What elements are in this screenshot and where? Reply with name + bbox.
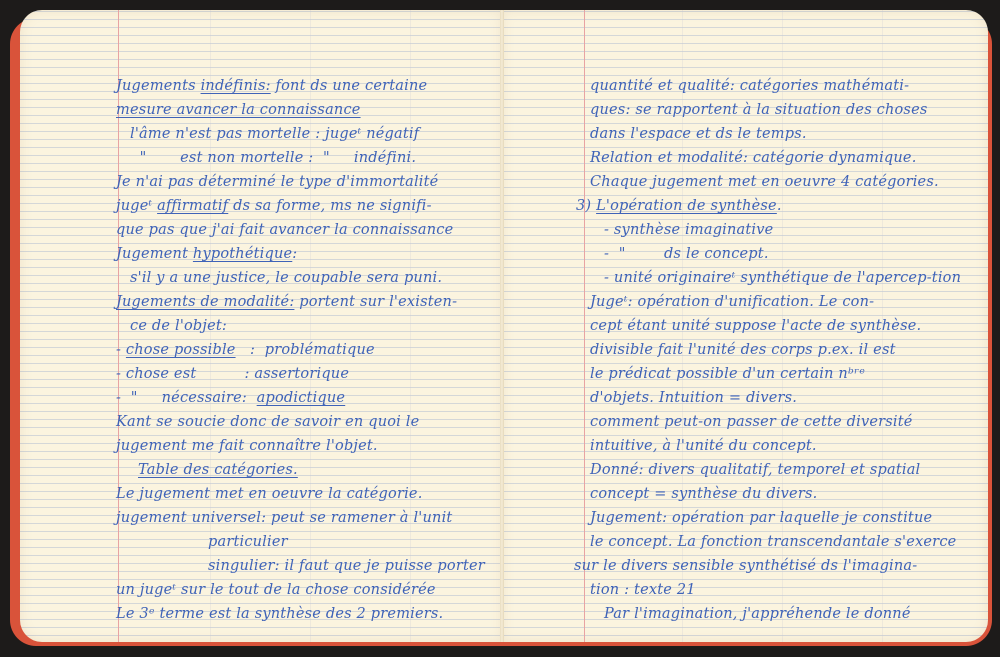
handwritten-line: le prédicat possible d'un certain nᵇʳᵉ: [590, 362, 982, 386]
handwritten-line: Chaque jugement met en oeuvre 4 catégori…: [590, 170, 982, 194]
section-heading: 3) L'opération de synthèse.: [576, 194, 982, 218]
handwritten-line: ques: se rapportent à la situation des c…: [590, 98, 982, 122]
handwritten-line: " est non mortelle : " indéfini.: [116, 146, 496, 170]
handwritten-line: - " ds le concept.: [590, 242, 982, 266]
handwritten-line: concept = synthèse du divers.: [590, 482, 982, 506]
handwritten-line: divisible fait l'unité des corps p.ex. i…: [590, 338, 982, 362]
handwritten-line: comment peut-on passer de cette diversit…: [590, 410, 982, 434]
handwritten-line: Je n'ai pas déterminé le type d'immortal…: [116, 170, 496, 194]
handwritten-line: l'âme n'est pas mortelle : jugeᵗ négatif: [116, 122, 496, 146]
open-notebook: Jugements indéfinis: font ds une certain…: [20, 10, 990, 642]
handwritten-line: jugement me fait connaître l'objet.: [116, 434, 496, 458]
handwritten-line: cept étant unité suppose l'acte de synth…: [590, 314, 982, 338]
handwritten-line: - chose est : assertorique: [116, 362, 496, 386]
handwritten-line: sur le divers sensible synthétisé ds l'i…: [574, 554, 982, 578]
handwritten-line: tion : texte 21: [590, 578, 982, 602]
notebook-spine: [500, 10, 504, 642]
handwritten-line: quantité et qualité: catégories mathémat…: [590, 74, 982, 98]
handwritten-line: - synthèse imaginative: [590, 218, 982, 242]
handwritten-line: Jugement: opération par laquelle je cons…: [590, 506, 982, 530]
handwritten-line: que pas que j'ai fait avancer la connais…: [116, 218, 496, 242]
handwritten-line: Le jugement met en oeuvre la catégorie.: [116, 482, 496, 506]
handwritten-line: Le 3ᵉ terme est la synthèse des 2 premie…: [116, 602, 496, 626]
right-page: quantité et qualité: catégories mathémat…: [502, 10, 988, 642]
section-heading: Table des catégories.: [116, 458, 496, 482]
handwritten-line: dans l'espace et ds le temps.: [590, 122, 982, 146]
handwritten-line: Donné: divers qualitatif, temporel et sp…: [590, 458, 982, 482]
handwritten-line: Kant se soucie donc de savoir en quoi le: [116, 410, 496, 434]
handwritten-line: s'il y a une justice, le coupable sera p…: [116, 266, 496, 290]
handwritten-line: le concept. La fonction transcendantale …: [590, 530, 982, 554]
margin-line: [584, 10, 585, 642]
handwritten-line: Jugements de modalité: portent sur l'exi…: [116, 290, 496, 314]
handwritten-line: jugement universel: peut se ramener à l'…: [116, 506, 496, 530]
right-page-text: quantité et qualité: catégories mathémat…: [590, 74, 982, 626]
handwritten-line: Par l'imagination, j'appréhende le donné: [590, 602, 982, 626]
handwritten-line: Jugements indéfinis: font ds une certain…: [116, 74, 496, 98]
left-page-text: Jugements indéfinis: font ds une certain…: [116, 74, 496, 626]
handwritten-line: Relation et modalité: catégorie dynamiqu…: [590, 146, 982, 170]
handwritten-line: mesure avancer la connaissance: [116, 98, 496, 122]
handwritten-line: singulier: il faut que je puisse porter: [116, 554, 496, 578]
handwritten-line: jugeᵗ affirmatif ds sa forme, ms ne sign…: [116, 194, 496, 218]
handwritten-line: ce de l'objet:: [116, 314, 496, 338]
handwritten-line: intuitive, à l'unité du concept.: [590, 434, 982, 458]
left-page: Jugements indéfinis: font ds une certain…: [20, 10, 502, 642]
handwritten-line: d'objets. Intuition = divers.: [590, 386, 982, 410]
handwritten-line: Jugeᵗ: opération d'unification. Le con-: [590, 290, 982, 314]
handwritten-line: particulier: [116, 530, 496, 554]
handwritten-line: Jugement hypothétique:: [116, 242, 496, 266]
handwritten-line: un jugeᵗ sur le tout de la chose considé…: [116, 578, 496, 602]
handwritten-line: - chose possible : problématique: [116, 338, 496, 362]
handwritten-line: - unité originaireᵗ synthétique de l'ape…: [590, 266, 982, 290]
handwritten-line: - " nécessaire: apodictique: [116, 386, 496, 410]
